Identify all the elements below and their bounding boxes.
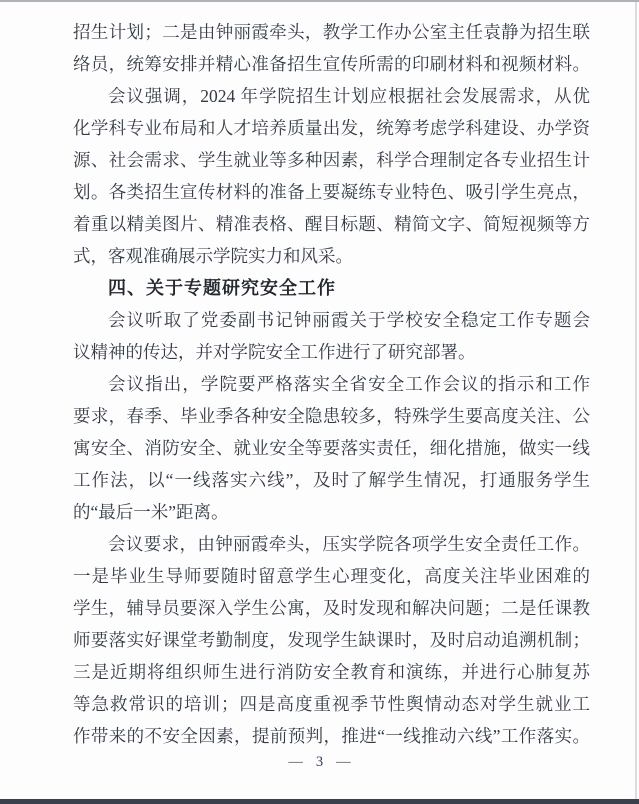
document-body: 招生计划；二是由钟丽霞牵头，教学工作办公室主任袁静为招生联络员，统筹安排并精心准… <box>73 16 590 752</box>
text-line: 学生，辅导员要深入学生公寓，及时发现和解决问题；二是任课教 <box>73 592 590 624</box>
footer-left-dash: — <box>288 754 303 770</box>
text-line: 师要落实好课堂考勤制度，发现学生缺课时，及时启动追溯机制； <box>73 624 590 656</box>
section-heading: 四、关于专题研究安全工作 <box>73 272 590 304</box>
text-line: 一是毕业生导师要随时留意学生心理变化，高度关注毕业困难的 <box>73 560 590 592</box>
text-line: 招生计划；二是由钟丽霞牵头，教学工作办公室主任袁静为招生联 <box>73 16 590 48</box>
text-line: 会议要求，由钟丽霞牵头，压实学院各项学生安全责任工作。 <box>73 528 590 560</box>
text-line: 要求，春季、毕业季各种安全隐患较多，特殊学生要高度关注、公 <box>73 400 590 432</box>
text-line: 寓安全、消防安全、就业安全等要落实责任，细化措施，做实一线 <box>73 432 590 464</box>
document-page: 招生计划；二是由钟丽霞牵头，教学工作办公室主任袁静为招生联络员，统筹安排并精心准… <box>0 0 639 804</box>
page-right-edge <box>635 2 637 799</box>
page-number: 3 <box>316 754 323 770</box>
page-top-edge <box>0 0 639 2</box>
text-line: 的“最后一米”距离。 <box>73 496 590 528</box>
footer-right-dash: — <box>336 754 351 770</box>
text-line: 会议指出，学院要严格落实全省安全工作会议的指示和工作 <box>73 368 590 400</box>
text-line: 工作法，以“一线落实六线”，及时了解学生情况，打通服务学生 <box>73 464 590 496</box>
text-line: 议精神的传达，并对学院安全工作进行了研究部署。 <box>73 336 590 368</box>
text-line: 三是近期将组织师生进行消防安全教育和演练，并进行心肺复苏 <box>73 656 590 688</box>
text-line: 等急救常识的培训；四是高度重视季节性舆情动态对学生就业工 <box>73 688 590 720</box>
text-line: 着重以精美图片、精准表格、醒目标题、精简文字、简短视频等方 <box>73 208 590 240</box>
text-line: 化学科专业布局和人才培养质量出发，统筹考虑学科建设、办学资 <box>73 112 590 144</box>
text-line: 作带来的不安全因素，提前预判，推进“一线推动六线”工作落实。 <box>73 720 590 752</box>
text-line: 划。各类招生宣传材料的准备上要凝练专业特色、吸引学生亮点， <box>73 176 590 208</box>
text-line: 会议听取了党委副书记钟丽霞关于学校安全稳定工作专题会 <box>73 304 590 336</box>
text-line: 会议强调，2024 年学院招生计划应根据社会发展需求，从优 <box>73 80 590 112</box>
text-line: 络员，统筹安排并精心准备招生宣传所需的印刷材料和视频材料。 <box>73 48 590 80</box>
page-bottom-edge <box>0 799 639 804</box>
page-footer: —3— <box>0 749 639 775</box>
text-line: 式，客观准确展示学院实力和风采。 <box>73 240 590 272</box>
text-line: 源、社会需求、学生就业等多种因素，科学合理制定各专业招生计 <box>73 144 590 176</box>
